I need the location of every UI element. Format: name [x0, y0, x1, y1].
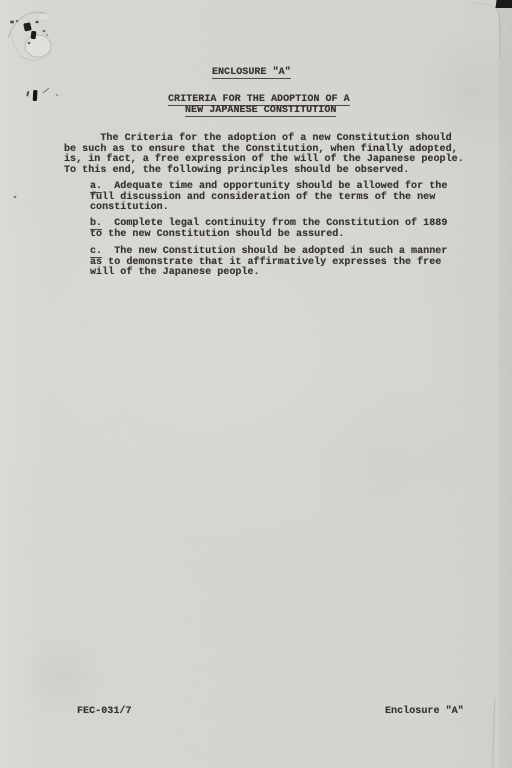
enclosure-heading-text: ENCLOSURE "A": [212, 67, 291, 79]
criteria-item-c-text: The new Constitution should be adopted i…: [90, 246, 447, 278]
criteria-item-c: c. The new Constitution should be adopte…: [90, 247, 490, 279]
scan-corner-mark: [495, 0, 512, 8]
footer-enclosure-label: Enclosure "A": [385, 707, 464, 718]
document-title-line2: NEW JAPANESE CONSTITUTION: [185, 106, 336, 117]
document-number: FEC-031/7: [77, 707, 132, 718]
criteria-item-b: b. Complete legal continuity from the Co…: [90, 219, 490, 240]
scanned-document-page: ENCLOSURE "A" CRITERIA FOR THE ADOPTION …: [0, 0, 512, 768]
criteria-item-a: a. Adequate time and opportunity should …: [90, 182, 490, 214]
document-title-line1: CRITERIA FOR THE ADOPTION OF A: [168, 95, 350, 106]
enclosure-heading: ENCLOSURE "A": [212, 68, 291, 79]
intro-paragraph: The Criteria for the adoption of a new C…: [64, 134, 494, 176]
document-title-line2-text: NEW JAPANESE CONSTITUTION: [185, 105, 336, 117]
criteria-item-b-text: Complete legal continuity from the Const…: [90, 218, 447, 240]
criteria-item-a-text: Adequate time and opportunity should be …: [90, 181, 447, 213]
scan-edge-shade: [499, 0, 512, 768]
